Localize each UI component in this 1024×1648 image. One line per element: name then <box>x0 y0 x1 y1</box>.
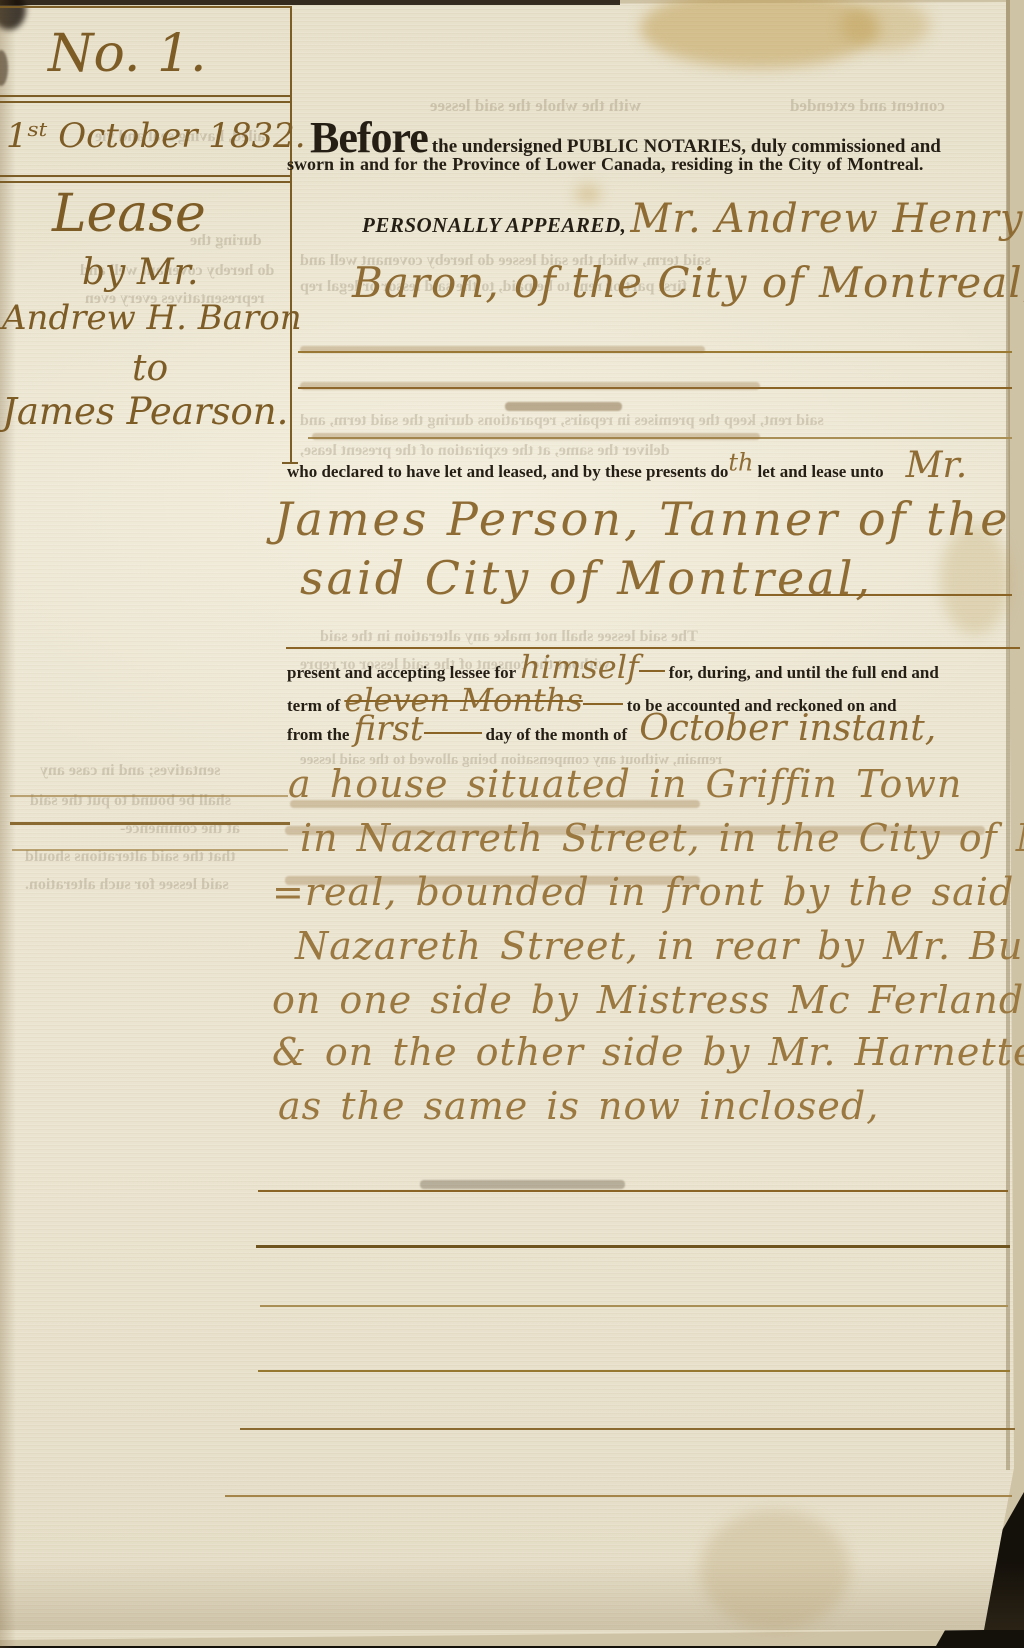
top-edge-shadow <box>0 0 620 5</box>
docket-title: Lease <box>52 184 206 244</box>
premises-line: as the same is now inclosed, <box>278 1084 879 1128</box>
doth-superscript: th <box>728 449 753 477</box>
docket-lessor-name: Andrew H. Baron <box>2 298 302 338</box>
personally-appeared-label: PERSONALLY APPEARED, <box>362 213 626 237</box>
docket-box-top-rule <box>0 6 292 8</box>
declaration-line: who declared to have let and leased, and… <box>287 445 967 486</box>
appearer-name-line2: Baron, of the City of Montreal, <box>352 258 1024 307</box>
tenant-name-line1: James Person, Tanner of the <box>274 492 1011 546</box>
ruled-line <box>256 1245 1010 1248</box>
clause-printed: day of the month of <box>486 725 628 744</box>
premises-line: on one side by Mistress Mc Ferland, <box>272 978 1024 1022</box>
ruled-line <box>258 1190 1008 1192</box>
bleedthrough-text: said lessee for such alteration. <box>25 876 229 894</box>
bleedthrough-text: The said lessee shall not make any alter… <box>320 628 698 646</box>
docket-divider <box>0 181 290 183</box>
declaration-printed: let and lease unto <box>758 462 884 481</box>
docket-to: to <box>132 348 168 389</box>
tenant-name-line2: said City of Montreal, <box>300 551 873 605</box>
fill-stroke <box>755 594 1012 596</box>
clause-printed: from the <box>287 725 349 744</box>
docket-number: No. 1. <box>48 24 207 84</box>
margin-stroke <box>10 822 290 825</box>
unto-mr-handwritten: Mr. <box>906 445 968 486</box>
docket-box-right-rule <box>290 6 292 464</box>
docket-divider <box>0 175 290 177</box>
bleedthrough-text: sentatives; and in case any <box>40 762 220 780</box>
ruled-line <box>225 1495 1012 1497</box>
month-handwritten: October instant, <box>639 708 936 749</box>
appearer-name-handwritten: Mr. Andrew Henry <box>630 196 1023 242</box>
docket-lessee-name: James Pearson. <box>2 390 288 433</box>
bottom-edge-shading <box>0 1560 1024 1630</box>
ruled-line <box>240 1428 1015 1430</box>
ink-smear <box>300 382 760 390</box>
premises-line: a house situated in Griffin Town <box>288 762 962 806</box>
clause-printed: for, during, and until the full end and <box>669 663 939 682</box>
premises-line: =real, bounded in front by the said <box>272 870 1014 914</box>
clause-printed: present and accepting lessee for <box>287 663 516 682</box>
docket-date: 1ˢᵗ October 1832. <box>6 116 306 156</box>
first-handwritten: first <box>353 709 423 749</box>
notarial-header-line2: sworn in and for the Province of Lower C… <box>287 154 923 175</box>
scanned-lease-document: with the whole the said lessee content a… <box>0 0 1024 1648</box>
margin-stroke <box>12 849 288 851</box>
personally-appeared-line: PERSONALLY APPEARED, Mr. Andrew Henry <box>362 196 1024 242</box>
fill-dash <box>639 670 665 672</box>
bleedthrough-text: said rent, keep the premises in repairs,… <box>300 412 824 430</box>
ink-smear <box>505 402 622 411</box>
stain <box>840 0 930 50</box>
from-clause-line: from the first day of the month of Octob… <box>287 708 936 749</box>
premises-line: in Nazareth Street, in the City of Mont- <box>300 816 1024 860</box>
docket-divider <box>0 95 290 97</box>
ruled-line <box>258 1370 1010 1372</box>
stain <box>700 1510 850 1630</box>
margin-stroke <box>10 795 288 797</box>
fill-dash <box>583 703 623 705</box>
fill-dash <box>424 732 482 734</box>
ruled-line <box>260 1305 1008 1307</box>
premises-line: & on the other side by Mr. Harnette, <box>272 1030 1024 1074</box>
declaration-printed: who declared to have let and leased, and… <box>287 462 728 481</box>
premises-line: Nazareth Street, in rear by Mr. Bussey <box>295 924 1024 968</box>
docket-divider <box>0 101 290 103</box>
ink-smear <box>420 1180 625 1189</box>
ink-smear <box>312 433 760 440</box>
ink-smear <box>300 346 705 353</box>
docket-by-mr: by Mr. <box>82 252 198 293</box>
